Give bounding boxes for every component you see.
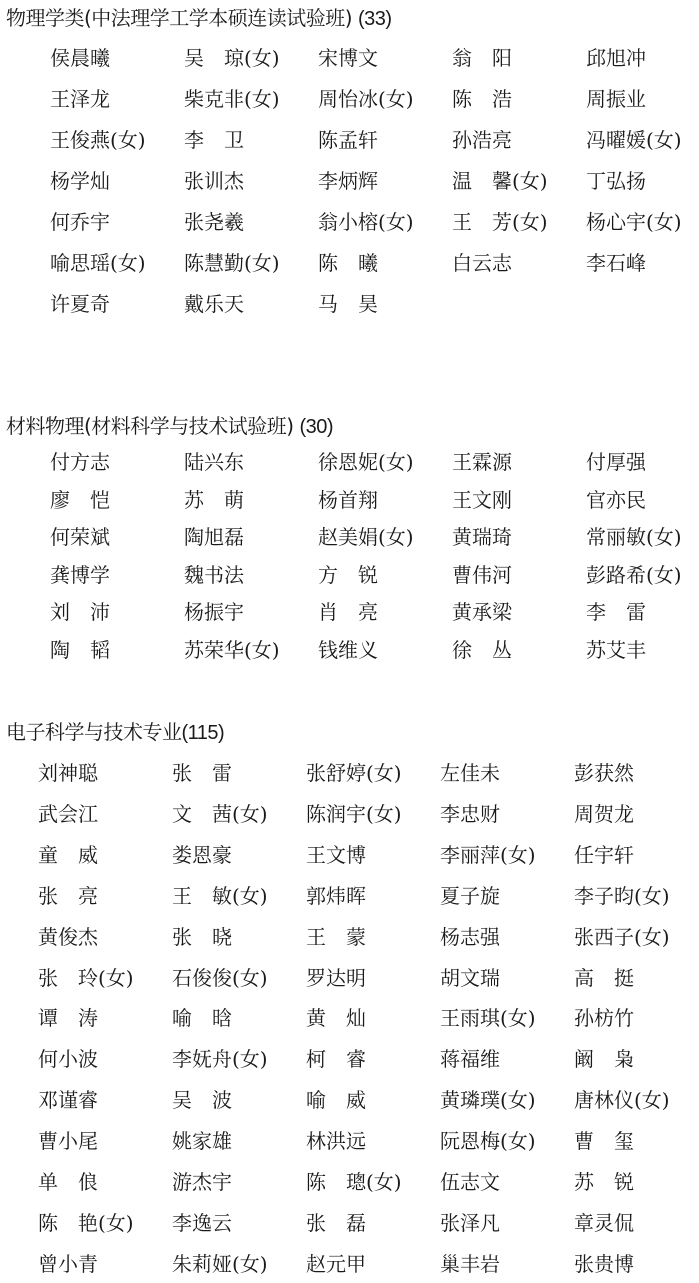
name-row: 廖 恺苏 萌杨首翔王文刚官亦民 bbox=[50, 487, 699, 513]
student-name: 黄 灿 bbox=[306, 1005, 366, 1031]
student-name: 孙枋竹 bbox=[574, 1005, 634, 1031]
section-count: (33) bbox=[358, 8, 392, 30]
student-name: 李子昀(女) bbox=[574, 883, 670, 909]
student-name: 肖 亮 bbox=[318, 599, 378, 625]
student-name: 喻 威 bbox=[306, 1087, 366, 1113]
student-name: 王雨琪(女) bbox=[440, 1005, 536, 1031]
name-row: 王俊燕(女)李 卫陈孟轩孙浩亮冯曜媛(女) bbox=[50, 127, 699, 153]
student-name: 吴 波 bbox=[172, 1087, 232, 1113]
student-name: 方 锐 bbox=[318, 562, 378, 588]
name-row: 曹小尾姚家雄林洪远阮恩梅(女)曹 玺 bbox=[38, 1128, 699, 1154]
student-name: 周贺龙 bbox=[574, 801, 634, 827]
student-name: 曹伟河 bbox=[452, 562, 512, 588]
name-row: 王泽龙柴克非(女)周怡冰(女)陈 浩周振业 bbox=[50, 86, 699, 112]
student-name: 胡文瑞 bbox=[440, 965, 500, 991]
name-row: 陈 艳(女)李逸云张 磊张泽凡章灵侃 bbox=[38, 1210, 699, 1236]
student-name: 唐林仪(女) bbox=[574, 1087, 670, 1113]
name-row: 侯晨曦吴 琼(女)宋博文翁 阳邱旭冲 bbox=[50, 45, 699, 71]
student-name: 张泽凡 bbox=[440, 1210, 500, 1236]
student-name: 林洪远 bbox=[306, 1128, 366, 1154]
section-title-materials-physics: 材料物理(材料科学与技术试验班) (30) bbox=[6, 414, 333, 439]
student-name: 伍志文 bbox=[440, 1169, 500, 1195]
student-name: 廖 恺 bbox=[50, 487, 110, 513]
student-name: 柯 睿 bbox=[306, 1046, 366, 1072]
name-row: 陶 韬苏荣华(女)钱维义徐 丛苏艾丰 bbox=[50, 637, 699, 663]
student-name: 罗达明 bbox=[306, 965, 366, 991]
student-name: 游杰宇 bbox=[172, 1169, 232, 1195]
section-name: 材料物理(材料科学与技术试验班) bbox=[6, 414, 294, 438]
student-name: 黄承梁 bbox=[452, 599, 512, 625]
student-name: 陈慧勤(女) bbox=[184, 250, 280, 276]
student-name: 侯晨曦 bbox=[50, 45, 110, 71]
student-name: 杨首翔 bbox=[318, 487, 378, 513]
student-name: 武会江 bbox=[38, 801, 98, 827]
student-name: 陈孟轩 bbox=[318, 127, 378, 153]
student-name: 娄恩豪 bbox=[172, 842, 232, 868]
student-name: 喻 晗 bbox=[172, 1005, 232, 1031]
student-name: 马 昊 bbox=[318, 291, 378, 317]
student-name: 邱旭冲 bbox=[586, 45, 646, 71]
student-name: 周振业 bbox=[586, 86, 646, 112]
section-title-physics: 物理学类(中法理学工学本硕连读试验班) (33) bbox=[6, 6, 392, 31]
student-name: 徐 丛 bbox=[452, 637, 512, 663]
student-name: 白云志 bbox=[452, 250, 512, 276]
student-name: 蒋福维 bbox=[440, 1046, 500, 1072]
student-name: 黄俊杰 bbox=[38, 924, 98, 950]
student-name: 王文刚 bbox=[452, 487, 512, 513]
student-name: 邓谨睿 bbox=[38, 1087, 98, 1113]
section-count: (115) bbox=[182, 722, 225, 744]
section-name: 电子科学与技术专业 bbox=[6, 720, 182, 744]
name-row: 谭 涛喻 晗黄 灿王雨琪(女)孙枋竹 bbox=[38, 1005, 699, 1031]
student-name: 官亦民 bbox=[586, 487, 646, 513]
student-name: 魏书法 bbox=[184, 562, 244, 588]
student-name: 钱维义 bbox=[318, 637, 378, 663]
student-name: 刘 沛 bbox=[50, 599, 110, 625]
name-row: 付方志陆兴东徐恩妮(女)王霖源付厚强 bbox=[50, 449, 699, 475]
student-name: 杨志强 bbox=[440, 924, 500, 950]
name-row: 杨学灿张训杰李炳辉温 馨(女)丁弘扬 bbox=[50, 168, 699, 194]
student-name: 姚家雄 bbox=[172, 1128, 232, 1154]
student-name: 张 磊 bbox=[306, 1210, 366, 1236]
name-row: 刘 沛杨振宇肖 亮黄承梁李 雷 bbox=[50, 599, 699, 625]
student-name: 吴 琼(女) bbox=[184, 45, 280, 71]
student-name: 陈 艳(女) bbox=[38, 1210, 134, 1236]
student-name: 谭 涛 bbox=[38, 1005, 98, 1031]
student-name: 付方志 bbox=[50, 449, 110, 475]
student-name: 李石峰 bbox=[586, 250, 646, 276]
student-name: 曾小青 bbox=[38, 1251, 98, 1277]
student-name: 陈 璁(女) bbox=[306, 1169, 402, 1195]
student-name: 陶旭磊 bbox=[184, 524, 244, 550]
student-name: 赵美娟(女) bbox=[318, 524, 414, 550]
student-name: 陶 韬 bbox=[50, 637, 110, 663]
student-name: 巢丰岩 bbox=[440, 1251, 500, 1277]
student-name: 徐恩妮(女) bbox=[318, 449, 414, 475]
student-name: 李炳辉 bbox=[318, 168, 378, 194]
student-name: 张 雷 bbox=[172, 760, 232, 786]
student-name: 单 俍 bbox=[38, 1169, 98, 1195]
student-name: 黄璘璞(女) bbox=[440, 1087, 536, 1113]
student-name: 李忠财 bbox=[440, 801, 500, 827]
name-row: 何乔宇张尧羲翁小榕(女)王 芳(女)杨心宇(女) bbox=[50, 209, 699, 235]
student-name: 常丽敏(女) bbox=[586, 524, 682, 550]
student-name: 张 玲(女) bbox=[38, 965, 134, 991]
name-row: 何小波李妩舟(女)柯 睿蒋福维阚 枭 bbox=[38, 1046, 699, 1072]
student-name: 赵元甲 bbox=[306, 1251, 366, 1277]
section-title-electronic-science: 电子科学与技术专业(115) bbox=[6, 720, 224, 745]
student-name: 曹小尾 bbox=[38, 1128, 98, 1154]
student-name: 李 雷 bbox=[586, 599, 646, 625]
student-name: 王泽龙 bbox=[50, 86, 110, 112]
student-name: 王文博 bbox=[306, 842, 366, 868]
student-name: 王 蒙 bbox=[306, 924, 366, 950]
student-name: 许夏奇 bbox=[50, 291, 110, 317]
student-name: 阚 枭 bbox=[574, 1046, 634, 1072]
student-name: 张 晓 bbox=[172, 924, 232, 950]
name-row: 张 玲(女)石俊俊(女)罗达明胡文瑞高 挺 bbox=[38, 965, 699, 991]
student-name: 彭路希(女) bbox=[586, 562, 682, 588]
student-name: 高 挺 bbox=[574, 965, 634, 991]
student-name: 张贵博 bbox=[574, 1251, 634, 1277]
name-row: 刘神聪张 雷张舒婷(女)左佳未彭获然 bbox=[38, 760, 699, 786]
name-row: 喻思瑶(女)陈慧勤(女)陈 曦白云志李石峰 bbox=[50, 250, 699, 276]
student-name: 石俊俊(女) bbox=[172, 965, 268, 991]
student-name: 夏子旋 bbox=[440, 883, 500, 909]
student-name: 冯曜媛(女) bbox=[586, 127, 682, 153]
student-name: 曹 玺 bbox=[574, 1128, 634, 1154]
student-name: 李 卫 bbox=[184, 127, 244, 153]
student-name: 张尧羲 bbox=[184, 209, 244, 235]
name-row: 张 亮王 敏(女)郭炜晖夏子旋李子昀(女) bbox=[38, 883, 699, 909]
student-name: 苏 锐 bbox=[574, 1169, 634, 1195]
student-name: 翁小榕(女) bbox=[318, 209, 414, 235]
student-name: 文 茜(女) bbox=[172, 801, 268, 827]
name-row: 龚博学魏书法方 锐曹伟河彭路希(女) bbox=[50, 562, 699, 588]
student-name: 任宇轩 bbox=[574, 842, 634, 868]
student-name: 龚博学 bbox=[50, 562, 110, 588]
student-name: 杨学灿 bbox=[50, 168, 110, 194]
name-row: 许夏奇戴乐天马 昊 bbox=[50, 291, 699, 317]
student-name: 王 芳(女) bbox=[452, 209, 548, 235]
student-name: 苏艾丰 bbox=[586, 637, 646, 663]
name-row: 单 俍游杰宇陈 璁(女)伍志文苏 锐 bbox=[38, 1169, 699, 1195]
student-name: 杨心宇(女) bbox=[586, 209, 682, 235]
student-name: 喻思瑶(女) bbox=[50, 250, 146, 276]
student-name: 朱莉娅(女) bbox=[172, 1251, 268, 1277]
section-name: 物理学类(中法理学工学本硕连读试验班) bbox=[6, 6, 352, 30]
student-name: 彭获然 bbox=[574, 760, 634, 786]
student-name: 王霖源 bbox=[452, 449, 512, 475]
student-name: 王 敏(女) bbox=[172, 883, 268, 909]
student-name: 张舒婷(女) bbox=[306, 760, 402, 786]
student-name: 王俊燕(女) bbox=[50, 127, 146, 153]
student-name: 李逸云 bbox=[172, 1210, 232, 1236]
name-row: 黄俊杰张 晓王 蒙杨志强张西子(女) bbox=[38, 924, 699, 950]
student-name: 苏荣华(女) bbox=[184, 637, 280, 663]
student-name: 周怡冰(女) bbox=[318, 86, 414, 112]
student-name: 黄瑞琦 bbox=[452, 524, 512, 550]
student-name: 何乔宇 bbox=[50, 209, 110, 235]
student-name: 李妩舟(女) bbox=[172, 1046, 268, 1072]
student-name: 温 馨(女) bbox=[452, 168, 548, 194]
student-name: 丁弘扬 bbox=[586, 168, 646, 194]
student-name: 陈润宇(女) bbox=[306, 801, 402, 827]
name-row: 何荣斌陶旭磊赵美娟(女)黄瑞琦常丽敏(女) bbox=[50, 524, 699, 550]
student-name: 何荣斌 bbox=[50, 524, 110, 550]
student-name: 陈 浩 bbox=[452, 86, 512, 112]
student-name: 章灵侃 bbox=[574, 1210, 634, 1236]
student-name: 陆兴东 bbox=[184, 449, 244, 475]
student-name: 童 威 bbox=[38, 842, 98, 868]
name-row: 武会江文 茜(女)陈润宇(女)李忠财周贺龙 bbox=[38, 801, 699, 827]
section-count: (30) bbox=[299, 416, 333, 438]
student-name: 郭炜晖 bbox=[306, 883, 366, 909]
student-name: 戴乐天 bbox=[184, 291, 244, 317]
student-name: 付厚强 bbox=[586, 449, 646, 475]
student-name: 孙浩亮 bbox=[452, 127, 512, 153]
student-name: 张训杰 bbox=[184, 168, 244, 194]
student-name: 张 亮 bbox=[38, 883, 98, 909]
student-name: 苏 萌 bbox=[184, 487, 244, 513]
student-name: 宋博文 bbox=[318, 45, 378, 71]
student-name: 左佳未 bbox=[440, 760, 500, 786]
student-name: 杨振宇 bbox=[184, 599, 244, 625]
student-name: 张西子(女) bbox=[574, 924, 670, 950]
student-name: 李丽萍(女) bbox=[440, 842, 536, 868]
student-name: 阮恩梅(女) bbox=[440, 1128, 536, 1154]
student-name: 柴克非(女) bbox=[184, 86, 280, 112]
student-name: 刘神聪 bbox=[38, 760, 98, 786]
name-row: 邓谨睿吴 波喻 威黄璘璞(女)唐林仪(女) bbox=[38, 1087, 699, 1113]
student-name: 陈 曦 bbox=[318, 250, 378, 276]
student-name: 何小波 bbox=[38, 1046, 98, 1072]
name-row: 曾小青朱莉娅(女)赵元甲巢丰岩张贵博 bbox=[38, 1251, 699, 1277]
name-row: 童 威娄恩豪王文博李丽萍(女)任宇轩 bbox=[38, 842, 699, 868]
student-name: 翁 阳 bbox=[452, 45, 512, 71]
